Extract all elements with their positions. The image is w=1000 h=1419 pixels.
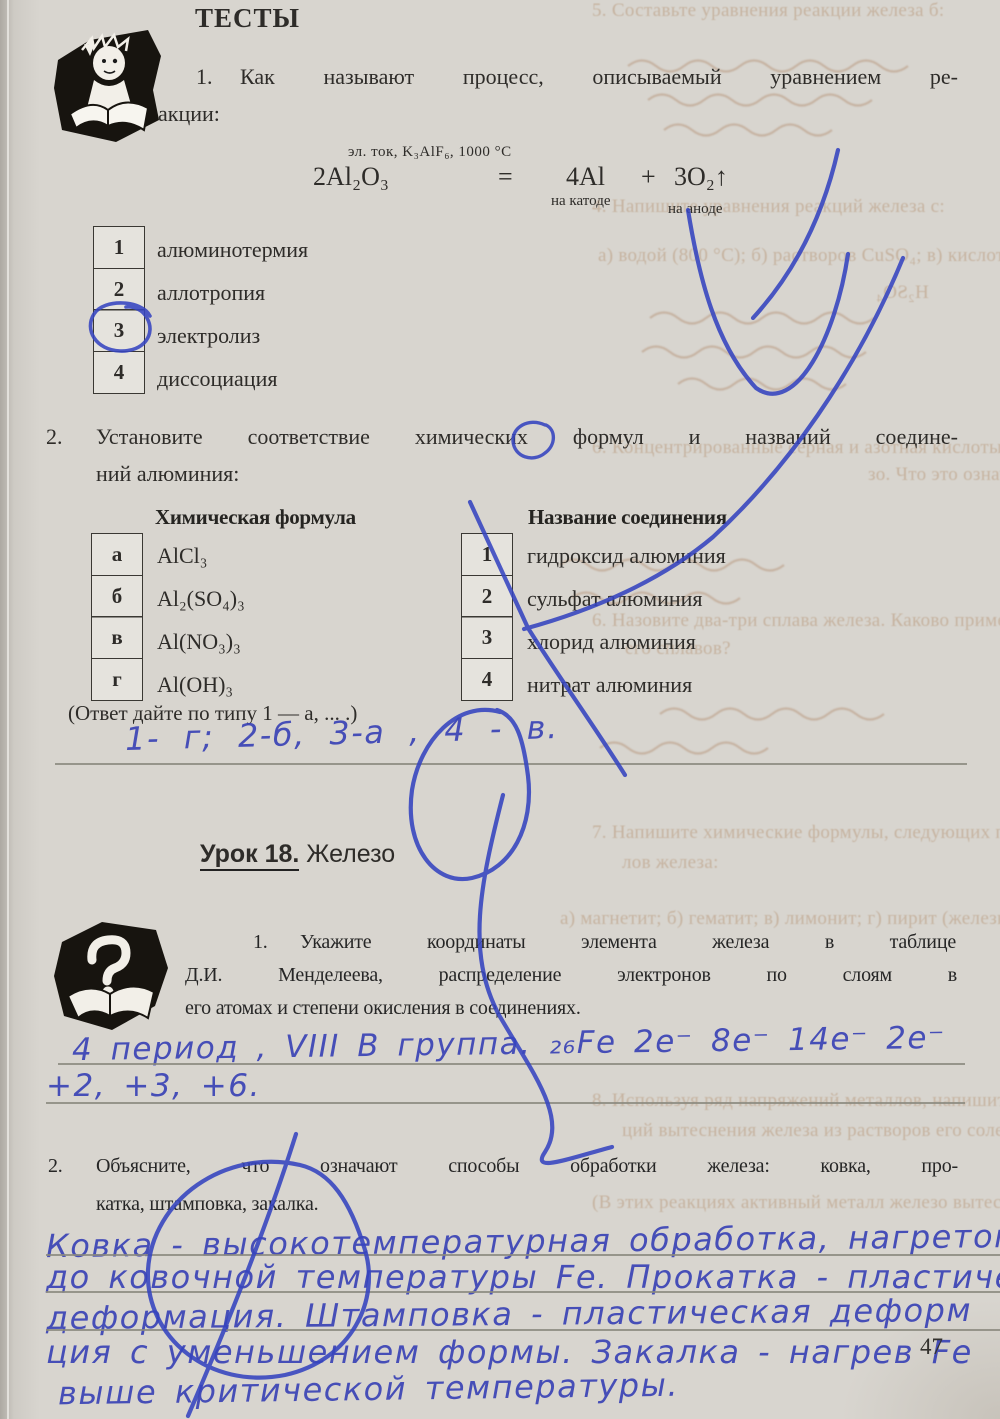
handwritten-oxidation-states: +2, +3, +6. [46,1068,261,1104]
answer-rule-line [58,1063,965,1065]
option-number-cell: 2 [93,268,145,311]
page-title: ТЕСТЫ [195,3,300,34]
compound-name: нитрат алюминия [527,672,692,698]
option-number-cell: 4 [93,351,145,394]
name-key-cell: 2 [461,575,513,618]
right-table-header: Название соединения [528,505,727,530]
student-reading-icon [52,26,164,146]
option-number-cell: 3 [93,309,145,352]
question-text-line: Как называют процесс, описываемый уравне… [240,63,958,92]
question-text-line: ний алюминия: [96,460,239,489]
handwritten-forging-line: выше критической температуры. [58,1366,680,1413]
formula-key-cell: г [91,658,143,701]
bleedthrough-text: 4. Напишите уравнения реакций железа с: [592,196,945,218]
bleedthrough-text: а) магнетит; б) гематит; в) лимонит; г) … [560,908,1000,930]
name-key-column: 1 2 3 4 [461,535,513,701]
formula-text: Al(NO₃)₃ [157,629,241,655]
formula-text: AlCl₃ [157,543,207,569]
answer-rule-line [46,1102,965,1104]
equation-lhs: 2Al₂O₃ [313,162,389,192]
name-key-cell: 4 [461,658,513,701]
question-text-line: Установите соответствие химических форму… [96,423,958,452]
question-text-line: Укажите координаты элемента железа в таб… [300,929,956,955]
bleedthrough-text: 7. Напишите химические формулы, следующи… [592,822,1000,844]
equation-rhs-oxygen: 3O₂↑ [674,162,728,192]
formula-text: Al₂(SO₄)₃ [157,586,245,612]
equation-rhs-aluminium: 4Al [566,162,605,192]
question-number: 1. [196,63,213,92]
lesson-number: Урок 18. [200,840,299,871]
formula-key-cell: в [91,616,143,659]
name-key-cell: 1 [461,533,513,576]
question-text-line: его атомах и степени окисления в соедине… [185,995,581,1021]
equation-plus: + [641,162,656,192]
equation-condition: эл. ток, K₃AlF₆, 1000 °C [348,144,512,161]
question-text-line: катка, штамповка, закалка. [96,1191,318,1217]
formula-key-column: а б в г [91,535,143,701]
lesson-heading: Урок 18. Железо [200,840,395,869]
lesson-title: Железо [299,840,395,868]
equation-equals: = [498,162,513,192]
bleedthrough-text: ций вытеснения железа из растворов его с… [622,1120,1000,1142]
bleedthrough-text: H₂SO₄ [876,282,929,304]
scanned-workbook-page: 5. Составьте уравнения реакции железа б:… [0,0,1000,1419]
formula-key-cell: б [91,575,143,618]
option-label: электролиз [157,323,260,349]
bleedthrough-text: 5. Составьте уравнения реакции железа б: [592,0,944,22]
compound-name: хлорид алюминия [527,629,696,655]
option-label: алюминотермия [157,237,308,263]
question-number: 2. [46,423,63,452]
option-label: аллотропия [157,280,265,306]
handwritten-iron-coordinates: 4 период , VIII В группа. ₂₆Fe 2е⁻ 8е⁻ 1… [72,1020,946,1068]
bleedthrough-text: (В этих реакциях активный металл железо … [592,1192,1000,1214]
anode-label: на аноде [668,201,722,218]
options-number-column: 1 2 3 4 [93,228,145,394]
option-label: диссоциация [157,366,277,392]
answer-rule-line [46,1254,1000,1256]
left-table-header: Химическая формула [155,505,356,530]
question-text-line: акции: [158,100,220,129]
handwritten-forging-line: ция с уменьшением формы. Закалка - нагре… [46,1333,973,1371]
page-left-edge-shadow [0,0,40,1419]
name-key-cell: 3 [461,616,513,659]
page-left-edge-highlight [7,0,9,1419]
formula-text: Al(OH)₃ [157,672,233,698]
compound-name: сульфат алюминия [527,586,703,612]
bleedthrough-text: 8. Используя ряд напряжений металлов, на… [592,1090,1000,1112]
compound-name: гидроксид алюминия [527,543,726,569]
answer-rule-line [46,1329,1000,1331]
bleedthrough-text: а) водой (800 °C); б) растворов CuSO₄; в… [598,245,1000,267]
question-number: 1. [253,929,268,955]
question-text-line: Д.И. Менделеева, распределение электроно… [185,962,957,988]
option-number-cell: 1 [93,226,145,269]
question-number: 2. [48,1153,63,1179]
answer-rule-line [55,763,967,765]
page-number: 47 [920,1334,943,1360]
question-book-icon [52,920,170,1032]
cathode-label: на катоде [551,193,610,210]
formula-key-cell: а [91,533,143,576]
bleedthrough-text: лов железа: [622,852,719,874]
question-text-line: Объясните, что означают способы обработк… [96,1153,958,1179]
bleedthrough-text: зо. Что это означает? [868,464,1000,486]
